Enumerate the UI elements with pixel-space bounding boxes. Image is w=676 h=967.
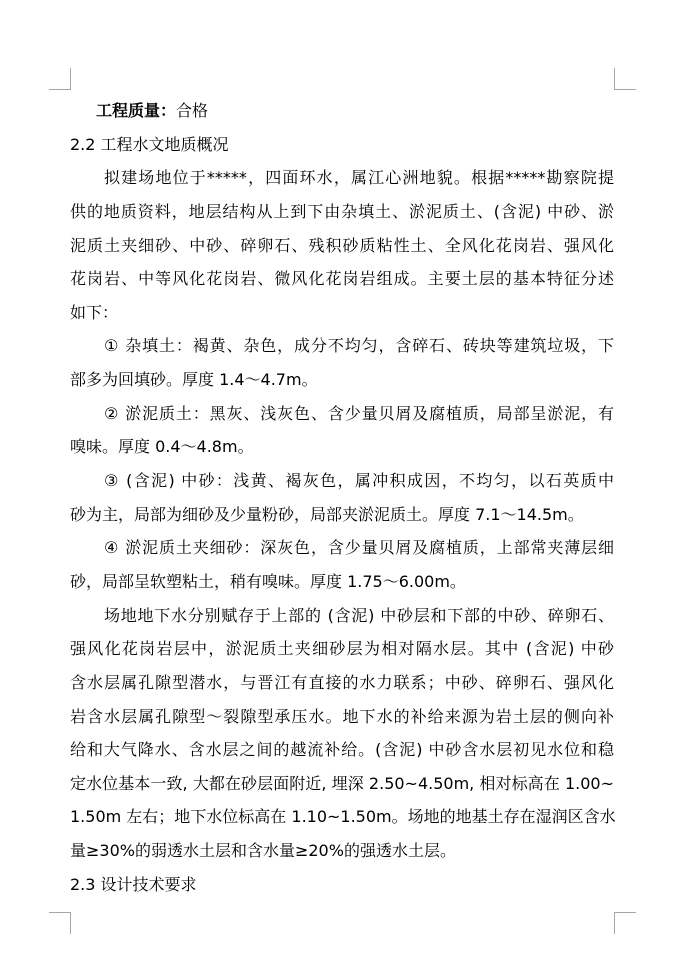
paragraph-line: 部多为回填砂。厚度 1.4～4.7m。 <box>70 363 614 397</box>
margin-corner-top-right <box>614 68 636 90</box>
paragraph-line: 场地地下水分别赋存于上部的 (含泥) 中砂层和下部的中砂、碎卵石、 <box>70 599 614 633</box>
paragraph-line: ② 淤泥质土：黑灰、浅灰色、含少量贝屑及腐植质，局部呈淤泥，有 <box>70 397 614 431</box>
quality-line: 工程质量：合格 <box>70 94 614 128</box>
document-page: 工程质量：合格 2.2 工程水文地质概况 拟建场地位于*****，四面环水，属江… <box>0 0 676 967</box>
paragraph-line: 1.50m 左右；地下水位标高在 1.10~1.50m。场地的地基土存在湿润区含… <box>70 800 614 834</box>
paragraph-line: 定水位基本一致, 大都在砂层面附近, 埋深 2.50~4.50m, 相对标高在 … <box>70 767 614 801</box>
quality-label: 工程质量： <box>96 101 176 120</box>
paragraph-groundwater: 场地地下水分别赋存于上部的 (含泥) 中砂层和下部的中砂、碎卵石、 强风化花岗岩… <box>70 599 614 868</box>
paragraph-layer-2: ② 淤泥质土：黑灰、浅灰色、含少量贝屑及腐植质，局部呈淤泥，有 嗅味。厚度 0.… <box>70 397 614 464</box>
paragraph-line: 如下： <box>70 296 614 330</box>
paragraph-line: 强风化花岗岩层中，淤泥质土夹细砂层为相对隔水层。其中 (含泥) 中砂 <box>70 632 614 666</box>
paragraph-line: ③ (含泥) 中砂：浅黄、褐灰色，属冲积成因，不均匀，以石英质中 <box>70 464 614 498</box>
paragraph-line: 砂，局部呈软塑粘土，稍有嗅味。厚度 1.75～6.00m。 <box>70 565 614 599</box>
margin-corner-bottom-left <box>49 912 71 934</box>
paragraph-line: 供的地质资料，地层结构从上到下由杂填土、淤泥质土、(含泥) 中砂、淤 <box>70 195 614 229</box>
paragraph-line: 量≥30%的弱透水土层和含水量≥20%的强透水土层。 <box>70 834 614 868</box>
paragraph-line: 嗅味。厚度 0.4～4.8m。 <box>70 430 614 464</box>
paragraph-line: 含水层属孔隙型潜水，与晋江有直接的水力联系；中砂、碎卵石、强风化 <box>70 666 614 700</box>
paragraph-line: 拟建场地位于*****，四面环水，属江心洲地貌。根据*****勘察院提 <box>70 161 614 195</box>
section-heading-2-2: 2.2 工程水文地质概况 <box>70 128 614 162</box>
quality-value: 合格 <box>176 101 208 120</box>
paragraph-line: 花岗岩、中等风化花岗岩、微风化花岗岩组成。主要土层的基本特征分述 <box>70 262 614 296</box>
paragraph-layer-3: ③ (含泥) 中砂：浅黄、褐灰色，属冲积成因，不均匀，以石英质中 砂为主，局部为… <box>70 464 614 531</box>
section-heading-2-3: 2.3 设计技术要求 <box>70 868 614 902</box>
paragraph-line: 砂为主，局部为细砂及少量粉砂，局部夹淤泥质土。厚度 7.1～14.5m。 <box>70 498 614 532</box>
paragraph-line: ④ 淤泥质土夹细砂：深灰色，含少量贝屑及腐植质，上部常夹薄层细 <box>70 531 614 565</box>
margin-corner-top-left <box>49 68 71 90</box>
paragraph-line: 给和大气降水、含水层之间的越流补给。(含泥) 中砂含水层初见水位和稳 <box>70 733 614 767</box>
document-body[interactable]: 工程质量：合格 2.2 工程水文地质概况 拟建场地位于*****，四面环水，属江… <box>70 94 614 901</box>
paragraph-line: 岩含水层属孔隙型～裂隙型承压水。地下水的补给来源为岩土层的侧向补 <box>70 700 614 734</box>
margin-corner-bottom-right <box>614 912 636 934</box>
paragraph-layer-4: ④ 淤泥质土夹细砂：深灰色，含少量贝屑及腐植质，上部常夹薄层细 砂，局部呈软塑粘… <box>70 531 614 598</box>
paragraph-line: ① 杂填土：褐黄、杂色，成分不均匀，含碎石、砖块等建筑垃圾，下 <box>70 329 614 363</box>
paragraph-layer-1: ① 杂填土：褐黄、杂色，成分不均匀，含碎石、砖块等建筑垃圾，下 部多为回填砂。厚… <box>70 329 614 396</box>
paragraph-intro: 拟建场地位于*****，四面环水，属江心洲地貌。根据*****勘察院提 供的地质… <box>70 161 614 329</box>
paragraph-line: 泥质土夹细砂、中砂、碎卵石、残积砂质粘性土、全风化花岗岩、强风化 <box>70 229 614 263</box>
